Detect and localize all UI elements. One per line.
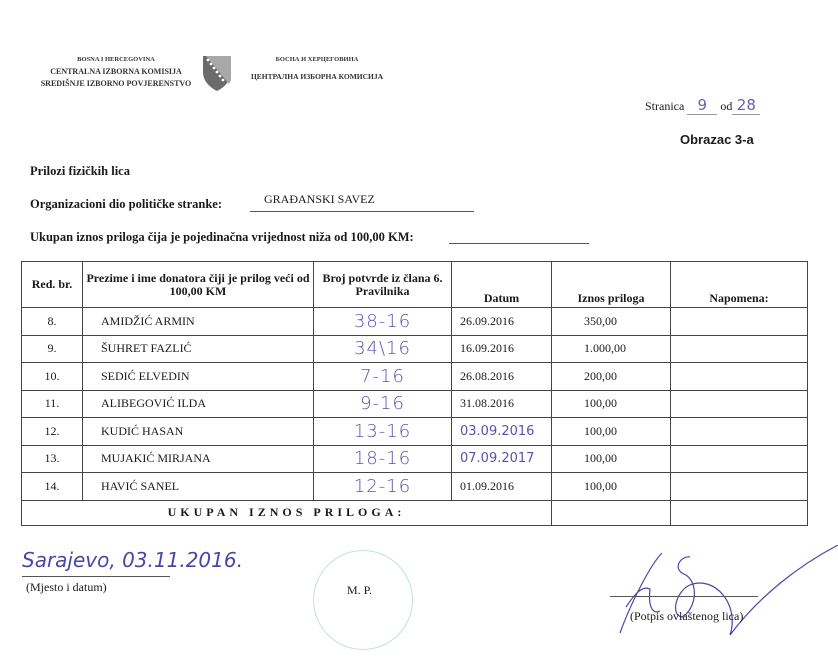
total-amount[interactable]	[552, 500, 671, 525]
table-row: 12.KUDIĆ HASAN13-1603.09.2016100,00	[22, 418, 808, 446]
donor-name: HAVIĆ SANEL	[83, 473, 314, 501]
row-number: 8.	[22, 308, 83, 336]
donor-name: SEDIĆ ELVEDIN	[83, 363, 314, 391]
donors-table: Red. br. Prezime i ime donatora čiji je …	[21, 261, 808, 526]
donation-amount: 350,00	[552, 308, 671, 336]
total-label: UKUPAN IZNOS PRILOGA:	[22, 500, 552, 525]
table-row: 8.AMIDŽIĆ ARMIN38-1626.09.2016350,00	[22, 308, 808, 336]
donation-amount: 100,00	[552, 445, 671, 473]
form-title: Prilozi fizičkih lica	[30, 164, 130, 179]
signature-icon	[590, 545, 838, 664]
donation-date: 26.08.2016	[452, 363, 552, 391]
institution-name-latin: BOSNA I HERCEGOVINA CENTRALNA IZBORNA KO…	[32, 54, 200, 90]
donor-name: MUJAKIĆ MIRJANA	[83, 445, 314, 473]
place-date-handwritten: Sarajevo, 03.11.2016.	[22, 548, 243, 572]
table-header-row: Red. br. Prezime i ime donatora čiji je …	[22, 262, 808, 308]
col-date: Datum	[452, 262, 552, 308]
donor-name: AMIDŽIĆ ARMIN	[83, 308, 314, 336]
receipt-number: 13-16	[314, 418, 452, 446]
commission-name-cyrillic: ЦЕНТРАЛНА ИЗБОРНА КОМИСИЈА	[251, 72, 383, 81]
note-cell	[671, 418, 808, 446]
receipt-number: 12-16	[314, 473, 452, 501]
row-number: 13.	[22, 445, 83, 473]
stamp-circle	[313, 550, 413, 650]
institution-name-cyrillic: БОСНА И ХЕРЦЕГОВИНА ЦЕНТРАЛНА ИЗБОРНА КО…	[232, 54, 402, 87]
col-note: Napomena:	[671, 262, 808, 308]
donor-name: KUDIĆ HASAN	[83, 418, 314, 446]
table-row: 9.ŠUHRET FAZLIĆ34\1616.09.20161.000,00	[22, 335, 808, 363]
table-row: 13.MUJAKIĆ MIRJANA18-1607.09.2017100,00	[22, 445, 808, 473]
note-cell	[671, 363, 808, 391]
organization-label: Organizacioni dio političke stranke:	[30, 197, 222, 212]
donation-amount: 100,00	[552, 418, 671, 446]
page-current: 9	[687, 96, 717, 115]
total-note	[671, 500, 808, 525]
receipt-number: 9-16	[314, 390, 452, 418]
place-date-line	[22, 576, 170, 577]
donation-date: 16.09.2016	[452, 335, 552, 363]
receipt-number: 34\16	[314, 335, 452, 363]
signature-line	[610, 596, 758, 597]
total-row: UKUPAN IZNOS PRILOGA:	[22, 500, 808, 525]
country-name-cyrillic: БОСНА И ХЕРЦЕГОВИНА	[232, 54, 402, 66]
donation-amount: 100,00	[552, 390, 671, 418]
country-name-latin: BOSNA I HERCEGOVINA	[32, 54, 200, 66]
place-date-label: (Mjesto i datum)	[26, 580, 107, 595]
table-row: 11.ALIBEGOVIĆ ILDA9-1631.08.2016100,00	[22, 390, 808, 418]
stamp-label: M. P.	[347, 583, 372, 598]
page-total: 28	[732, 96, 760, 115]
small-contributions-label: Ukupan iznos priloga čija je pojedinačna…	[30, 230, 414, 245]
donation-date: 31.08.2016	[452, 390, 552, 418]
donor-name: ŠUHRET FAZLIĆ	[83, 335, 314, 363]
page-of-label: od	[720, 99, 732, 113]
organization-field[interactable]: GRAĐANSKI SAVEZ	[250, 192, 474, 212]
table-row: 10.SEDIĆ ELVEDIN7-1626.08.2016200,00	[22, 363, 808, 391]
col-receipt-number: Broj potvrde iz člana 6. Pravilnika	[314, 262, 452, 308]
donation-amount: 100,00	[552, 473, 671, 501]
receipt-number: 18-16	[314, 445, 452, 473]
row-number: 9.	[22, 335, 83, 363]
bih-coat-of-arms-icon	[201, 54, 233, 92]
col-donor-name: Prezime i ime donatora čiji je prilog ve…	[83, 262, 314, 308]
small-contributions-field[interactable]	[449, 243, 589, 244]
row-number: 14.	[22, 473, 83, 501]
note-cell	[671, 308, 808, 336]
commission-name-latin: CENTRALNA IZBORNA KOMISIJA	[32, 66, 200, 78]
donation-date: 26.09.2016	[452, 308, 552, 336]
donation-date: 07.09.2017	[452, 445, 552, 473]
col-amount: Iznos priloga	[552, 262, 671, 308]
page-label: Stranica	[645, 99, 684, 113]
table-row: 14.HAVIĆ SANEL12-1601.09.2016100,00	[22, 473, 808, 501]
page-number: Stranica 9 od28	[645, 96, 760, 115]
donor-name: ALIBEGOVIĆ ILDA	[83, 390, 314, 418]
donation-amount: 200,00	[552, 363, 671, 391]
receipt-number: 7-16	[314, 363, 452, 391]
donation-date: 03.09.2016	[452, 418, 552, 446]
note-cell	[671, 445, 808, 473]
commission-name-croatian: SREDIŠNJE IZBORNO POVJERENSTVO	[32, 78, 200, 90]
donation-date: 01.09.2016	[452, 473, 552, 501]
signature-label: (Potpis ovlaštenog lica)	[630, 609, 743, 624]
note-cell	[671, 473, 808, 501]
row-number: 11.	[22, 390, 83, 418]
row-number: 12.	[22, 418, 83, 446]
receipt-number: 38-16	[314, 308, 452, 336]
form-code: Obrazac 3-a	[680, 132, 754, 147]
note-cell	[671, 390, 808, 418]
row-number: 10.	[22, 363, 83, 391]
donation-amount: 1.000,00	[552, 335, 671, 363]
note-cell	[671, 335, 808, 363]
col-red-br: Red. br.	[22, 262, 83, 308]
